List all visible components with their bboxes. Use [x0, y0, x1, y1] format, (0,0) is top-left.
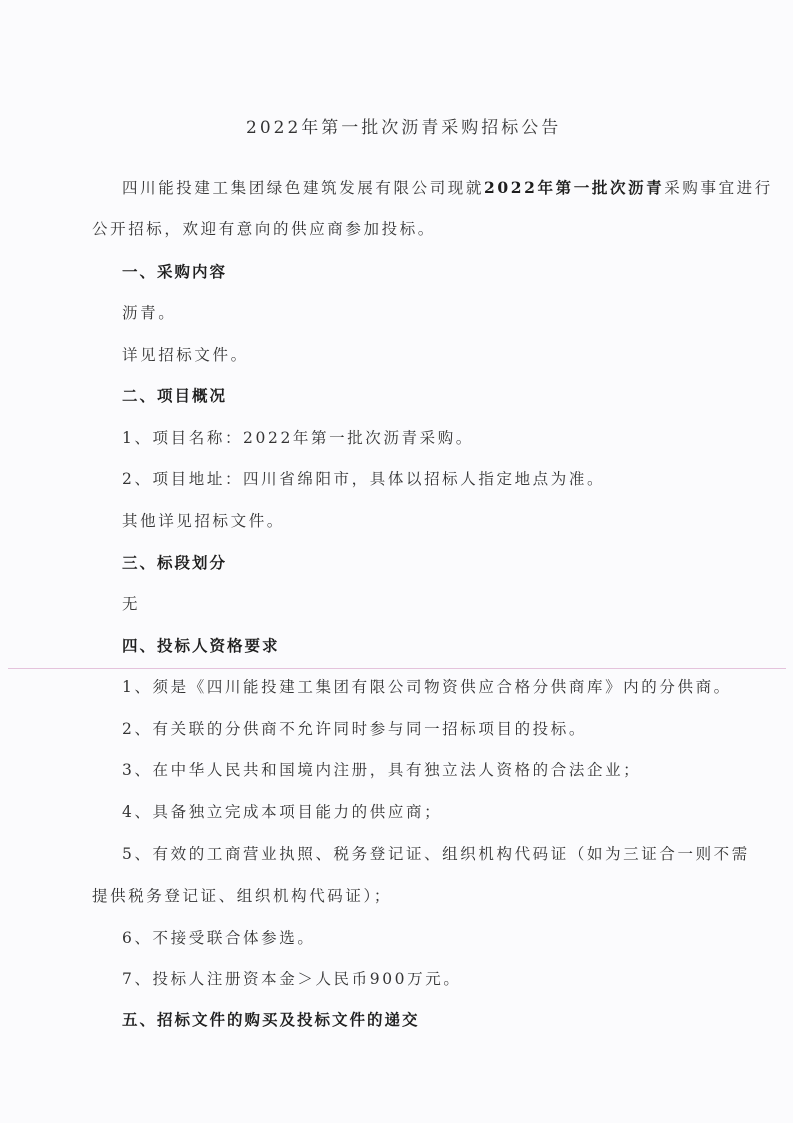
paragraph: 1、须是《四川能投建工集团有限公司物资供应合格分供商库》内的分供商。 — [122, 675, 732, 697]
document-page: 2022年第一批次沥青采购招标公告 四川能投建工集团绿色建筑发展有限公司现就20… — [0, 0, 793, 1123]
section-heading-5: 五、招标文件的购买及投标文件的递交 — [122, 1008, 420, 1030]
paragraph: 3、在中华人民共和国境内注册，具有独立法人资格的合法企业； — [122, 758, 641, 780]
paragraph: 沥青。 — [122, 301, 176, 323]
paragraph: 7、投标人注册资本金＞人民币900万元。 — [122, 967, 461, 989]
paragraph: 提供税务登记证、组织机构代码证）； — [92, 884, 392, 906]
paragraph: 1、项目名称：2022年第一批次沥青采购。 — [122, 426, 474, 448]
scan-divider-line — [8, 668, 786, 669]
intro-text: 四川能投建工集团绿色建筑发展有限公司现就 — [122, 179, 484, 197]
section-heading-3: 三、标段划分 — [122, 551, 227, 573]
intro-bold-text: 2022年第一批次沥青 — [484, 178, 664, 197]
section-heading-2: 二、项目概况 — [122, 384, 227, 406]
paragraph: 详见招标文件。 — [122, 343, 249, 365]
paragraph: 5、有效的工商营业执照、税务登记证、组织机构代码证（如为三证合一则不需 — [122, 842, 750, 864]
intro-line-1: 四川能投建工集团绿色建筑发展有限公司现就2022年第一批次沥青采购事宜进行 — [122, 176, 773, 198]
paragraph: 无 — [122, 592, 140, 614]
section-heading-1: 一、采购内容 — [122, 260, 227, 282]
paragraph: 4、具备独立完成本项目能力的供应商； — [122, 800, 442, 822]
paragraph: 6、不接受联合体参选。 — [122, 926, 315, 948]
page-title: 2022年第一批次沥青采购招标公告 — [246, 113, 561, 138]
paragraph: 2、有关联的分供商不允许同时参与同一招标项目的投标。 — [122, 717, 587, 739]
paragraph: 2、项目地址：四川省绵阳市，具体以招标人指定地点为准。 — [122, 467, 605, 489]
intro-line-2: 公开招标，欢迎有意向的供应商参加投标。 — [92, 217, 436, 239]
section-heading-4: 四、投标人资格要求 — [122, 634, 280, 656]
intro-text-tail: 采购事宜进行 — [664, 179, 773, 197]
paragraph: 其他详见招标文件。 — [122, 509, 285, 531]
